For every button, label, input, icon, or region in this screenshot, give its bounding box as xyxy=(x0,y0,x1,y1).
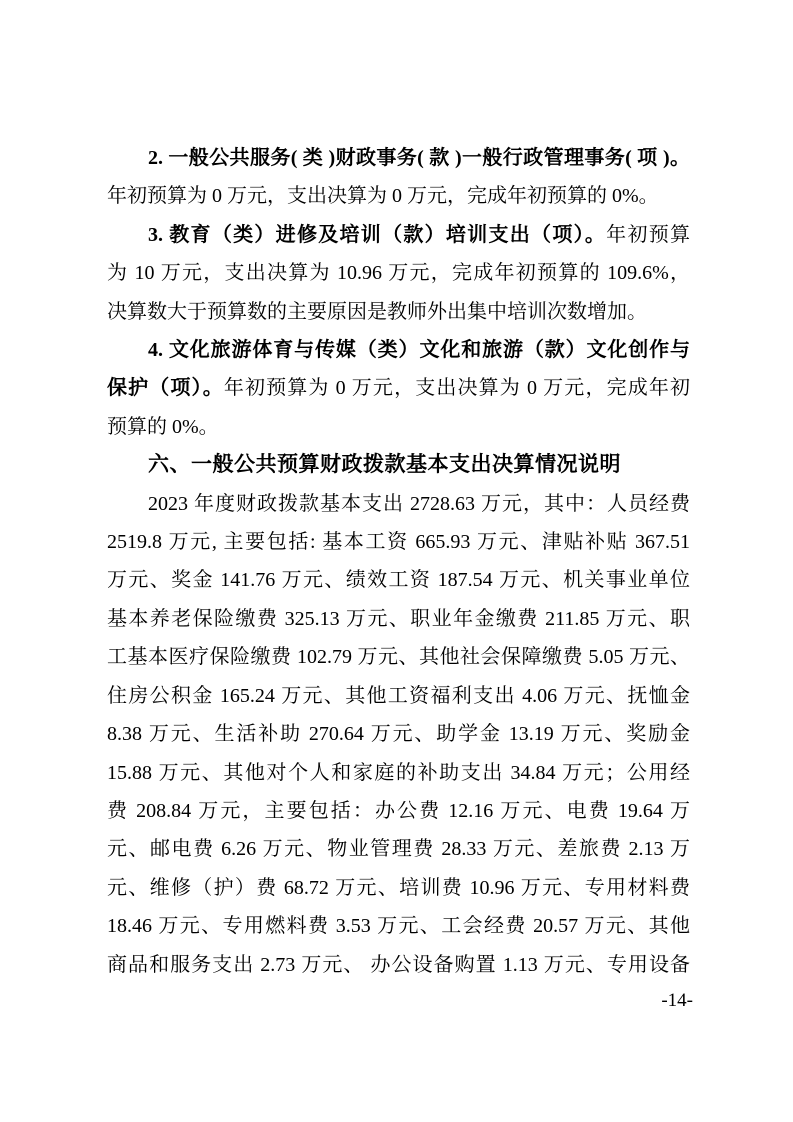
text-line: 住房公积金 165.24 万元、其他工资福利支出 4.06 万元、抚恤金 xyxy=(107,677,690,715)
text-run: 元、维修（护）费 68.72 万元、培训费 10.96 万元、专用材料费 xyxy=(107,877,690,899)
page-number: -14- xyxy=(661,990,693,1012)
text-run: 年初预算为 0 万元，支出决算为 0 万元，完成年初预算的 0%。 xyxy=(107,185,659,207)
text-run: 2519.8 万元, 主要包括: 基本工资 665.93 万元、津贴补贴 367… xyxy=(107,531,690,553)
text-line: 费 208.84 万元，主要包括：办公费 12.16 万元、电费 19.64 万 xyxy=(107,792,690,830)
text-run: 18.46 万元、专用燃料费 3.53 万元、工会经费 20.57 万元、其他 xyxy=(107,915,690,937)
text-run: 基本养老保险缴费 325.13 万元、职业年金缴费 211.85 万元、职 xyxy=(107,608,690,630)
text-run: 六、一般公共预算财政拨款基本支出决算情况说明 xyxy=(148,453,621,476)
text-run: 3. 教育（类）进修及培训（款）培训支出（项）。 xyxy=(148,224,606,246)
text-run: 8.38 万元、生活补助 270.64 万元、助学金 13.19 万元、奖励金 xyxy=(107,723,690,745)
text-run: 为 10 万元，支出决算为 10.96 万元，完成年初预算的 109.6%， xyxy=(107,262,690,284)
paragraph: 4. 文化旅游体育与传媒（类）文化和旅游（款）文化创作与保护（项）。年初预算为 … xyxy=(107,331,690,446)
text-line: 基本养老保险缴费 325.13 万元、职业年金缴费 211.85 万元、职 xyxy=(107,600,690,638)
text-run: 4. 文化旅游体育与传媒（类）文化和旅游（款）文化创作与 xyxy=(148,339,690,361)
text-run: 万元、奖金 141.76 万元、绩效工资 187.54 万元、机关事业单位 xyxy=(107,569,690,591)
text-line: 保护（项）。年初预算为 0 万元，支出决算为 0 万元，完成年初 xyxy=(107,369,690,407)
text-line: 为 10 万元，支出决算为 10.96 万元，完成年初预算的 109.6%， xyxy=(107,254,690,292)
text-run: 决算数大于预算数的主要原因是教师外出集中培训次数增加。 xyxy=(107,301,647,323)
text-line: 8.38 万元、生活补助 270.64 万元、助学金 13.19 万元、奖励金 xyxy=(107,715,690,753)
text-line: 六、一般公共预算财政拨款基本支出决算情况说明 xyxy=(107,446,690,484)
text-run: 元、邮电费 6.26 万元、物业管理费 28.33 万元、差旅费 2.13 万 xyxy=(107,838,690,860)
text-line: 工基本医疗保险缴费 102.79 万元、其他社会保障缴费 5.05 万元、 xyxy=(107,638,690,676)
text-run: 2023 年度财政拨款基本支出 2728.63 万元，其中：人员经费 xyxy=(148,493,690,515)
text-line: 商品和服务支出 2.73 万元、 办公设备购置 1.13 万元、专用设备 xyxy=(107,946,690,984)
section-heading: 六、一般公共预算财政拨款基本支出决算情况说明 xyxy=(107,446,690,484)
text-run: 商品和服务支出 2.73 万元、 办公设备购置 1.13 万元、专用设备 xyxy=(107,954,690,976)
text-run: 住房公积金 165.24 万元、其他工资福利支出 4.06 万元、抚恤金 xyxy=(107,685,690,707)
text-line: 15.88 万元、其他对个人和家庭的补助支出 34.84 万元；公用经 xyxy=(107,754,690,792)
text-line: 元、维修（护）费 68.72 万元、培训费 10.96 万元、专用材料费 xyxy=(107,869,690,907)
paragraph: 2. 一般公共服务( 类 )财政事务( 款 )一般行政管理事务( 项 )。年初预… xyxy=(107,139,690,216)
text-run: 2. 一般公共服务( 类 )财政事务( 款 )一般行政管理事务( 项 )。 xyxy=(148,147,690,169)
text-run: 预算的 0%。 xyxy=(107,416,219,438)
text-line: 元、邮电费 6.26 万元、物业管理费 28.33 万元、差旅费 2.13 万 xyxy=(107,830,690,868)
text-line: 2. 一般公共服务( 类 )财政事务( 款 )一般行政管理事务( 项 )。 xyxy=(107,139,690,177)
paragraph: 2023 年度财政拨款基本支出 2728.63 万元，其中：人员经费2519.8… xyxy=(107,485,690,984)
text-run: 年初预算 xyxy=(606,224,690,246)
text-line: 预算的 0%。 xyxy=(107,408,690,446)
text-line: 3. 教育（类）进修及培训（款）培训支出（项）。年初预算 xyxy=(107,216,690,254)
text-line: 2519.8 万元, 主要包括: 基本工资 665.93 万元、津贴补贴 367… xyxy=(107,523,690,561)
text-run: 15.88 万元、其他对个人和家庭的补助支出 34.84 万元；公用经 xyxy=(107,762,690,784)
paragraph: 3. 教育（类）进修及培训（款）培训支出（项）。年初预算为 10 万元，支出决算… xyxy=(107,216,690,331)
text-line: 2023 年度财政拨款基本支出 2728.63 万元，其中：人员经费 xyxy=(107,485,690,523)
text-line: 决算数大于预算数的主要原因是教师外出集中培训次数增加。 xyxy=(107,293,690,331)
text-line: 年初预算为 0 万元，支出决算为 0 万元，完成年初预算的 0%。 xyxy=(107,177,690,215)
text-run: 年初预算为 0 万元，支出决算为 0 万元，完成年初 xyxy=(224,377,690,399)
document-page: 2. 一般公共服务( 类 )财政事务( 款 )一般行政管理事务( 项 )。年初预… xyxy=(0,0,793,1122)
text-line: 4. 文化旅游体育与传媒（类）文化和旅游（款）文化创作与 xyxy=(107,331,690,369)
text-line: 万元、奖金 141.76 万元、绩效工资 187.54 万元、机关事业单位 xyxy=(107,561,690,599)
document-body: 2. 一般公共服务( 类 )财政事务( 款 )一般行政管理事务( 项 )。年初预… xyxy=(107,139,690,984)
text-line: 18.46 万元、专用燃料费 3.53 万元、工会经费 20.57 万元、其他 xyxy=(107,907,690,945)
text-run: 保护（项）。 xyxy=(107,377,224,399)
text-run: 费 208.84 万元，主要包括：办公费 12.16 万元、电费 19.64 万 xyxy=(107,800,690,822)
text-run: 工基本医疗保险缴费 102.79 万元、其他社会保障缴费 5.05 万元、 xyxy=(107,646,690,668)
